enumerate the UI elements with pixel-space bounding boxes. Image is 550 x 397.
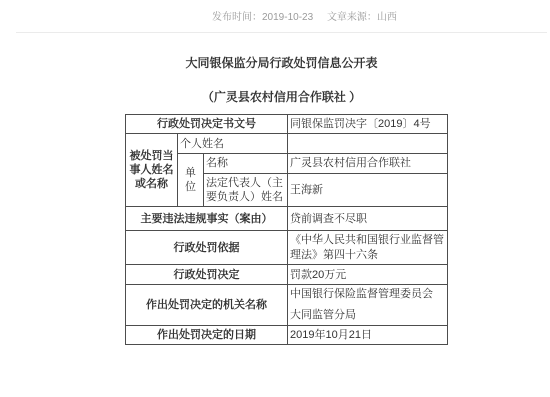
date-value: 2019年10月21日	[288, 325, 448, 344]
table-row: 被处罚当事人姓名或名称 个人姓名	[126, 134, 448, 154]
article-source: 文章来源：山西	[327, 12, 397, 23]
doc-no-label: 行政处罚决定书文号	[126, 115, 288, 134]
org-name-label: 名称	[204, 154, 288, 173]
authority-label: 作出处罚决定的机关名称	[126, 285, 288, 326]
personal-name-label: 个人姓名	[178, 134, 288, 154]
basis-value: 《中华人民共和国银行业监督管理法》第四十六条	[288, 231, 448, 265]
table-row: 行政处罚依据 《中华人民共和国银行业监督管理法》第四十六条	[126, 231, 448, 265]
personal-name-value	[288, 134, 448, 154]
authority-value-line2: 大同监管分局	[290, 308, 445, 322]
authority-value-line1: 中国银行保险监督管理委员会	[290, 287, 445, 301]
facts-label: 主要违法违规事实（案由）	[126, 207, 288, 231]
table-row: 行政处罚决定书文号 同银保监罚决字〔2019〕4号	[126, 115, 448, 134]
table-row: 作出处罚决定的机关名称 中国银行保险监督管理委员会 大同监管分局	[126, 285, 448, 326]
page-subtitle: （广灵县农村信用合作联社 ）	[16, 88, 547, 105]
basis-label: 行政处罚依据	[126, 231, 288, 265]
page-title: 大同银保监分局行政处罚信息公开表	[16, 54, 547, 71]
party-label: 被处罚当事人姓名或名称	[126, 134, 178, 207]
authority-value: 中国银行保险监督管理委员会 大同监管分局	[288, 285, 448, 326]
publish-time: 发布时间：2019-10-23	[212, 12, 313, 23]
table-row: 作出处罚决定的日期 2019年10月21日	[126, 325, 448, 344]
decision-label: 行政处罚决定	[126, 265, 288, 285]
table-row: 主要违法违规事实（案由） 贷前调查不尽职	[126, 207, 448, 231]
org-name-value: 广灵县农村信用合作联社	[288, 154, 448, 173]
penalty-disclosure-table: 行政处罚决定书文号 同银保监罚决字〔2019〕4号 被处罚当事人姓名或名称 个人…	[125, 114, 448, 345]
article-meta-bar: 发布时间：2019-10-23 文章来源：山西	[212, 8, 408, 23]
table-row: 行政处罚决定 罚款20万元	[126, 265, 448, 285]
facts-value: 贷前调查不尽职	[288, 207, 448, 231]
decision-value: 罚款20万元	[288, 265, 448, 285]
doc-no-value: 同银保监罚决字〔2019〕4号	[288, 115, 448, 134]
legal-rep-value: 王海新	[288, 173, 448, 207]
legal-rep-label: 法定代表人（主要负责人）姓名	[204, 173, 288, 207]
org-label: 单位	[178, 154, 204, 207]
date-label: 作出处罚决定的日期	[126, 325, 288, 344]
header-divider	[16, 32, 547, 33]
